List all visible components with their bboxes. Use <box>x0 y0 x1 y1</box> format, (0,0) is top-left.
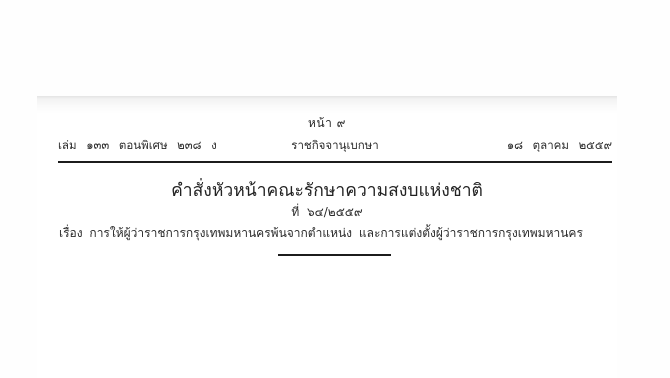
document-page: หน้า ๙ เล่ม ๑๓๓ ตอนพิเศษ ๒๓๘ ง ราชกิจจาน… <box>37 96 617 378</box>
publication-date: ๑๘ ตุลาคม ๒๕๕๙ <box>507 137 612 155</box>
subject-line: เรื่อง การให้ผู้ว่าราชการกรุงเทพมหานครพ้… <box>59 224 583 243</box>
header-divider <box>58 161 612 163</box>
document-title: คำสั่งหัวหน้าคณะรักษาความสงบแห่งชาติ <box>37 176 617 204</box>
page-number: หน้า ๙ <box>37 114 617 133</box>
volume-issue: เล่ม ๑๓๓ ตอนพิเศษ ๒๓๘ ง <box>58 137 217 155</box>
order-number: ที่ ๖๔/๒๕๕๙ <box>37 203 617 222</box>
gazette-header: เล่ม ๑๓๓ ตอนพิเศษ ๒๓๘ ง ราชกิจจานุเบกษา … <box>58 137 612 157</box>
publication-name: ราชกิจจานุเบกษา <box>283 137 387 155</box>
subject-divider <box>278 254 391 256</box>
